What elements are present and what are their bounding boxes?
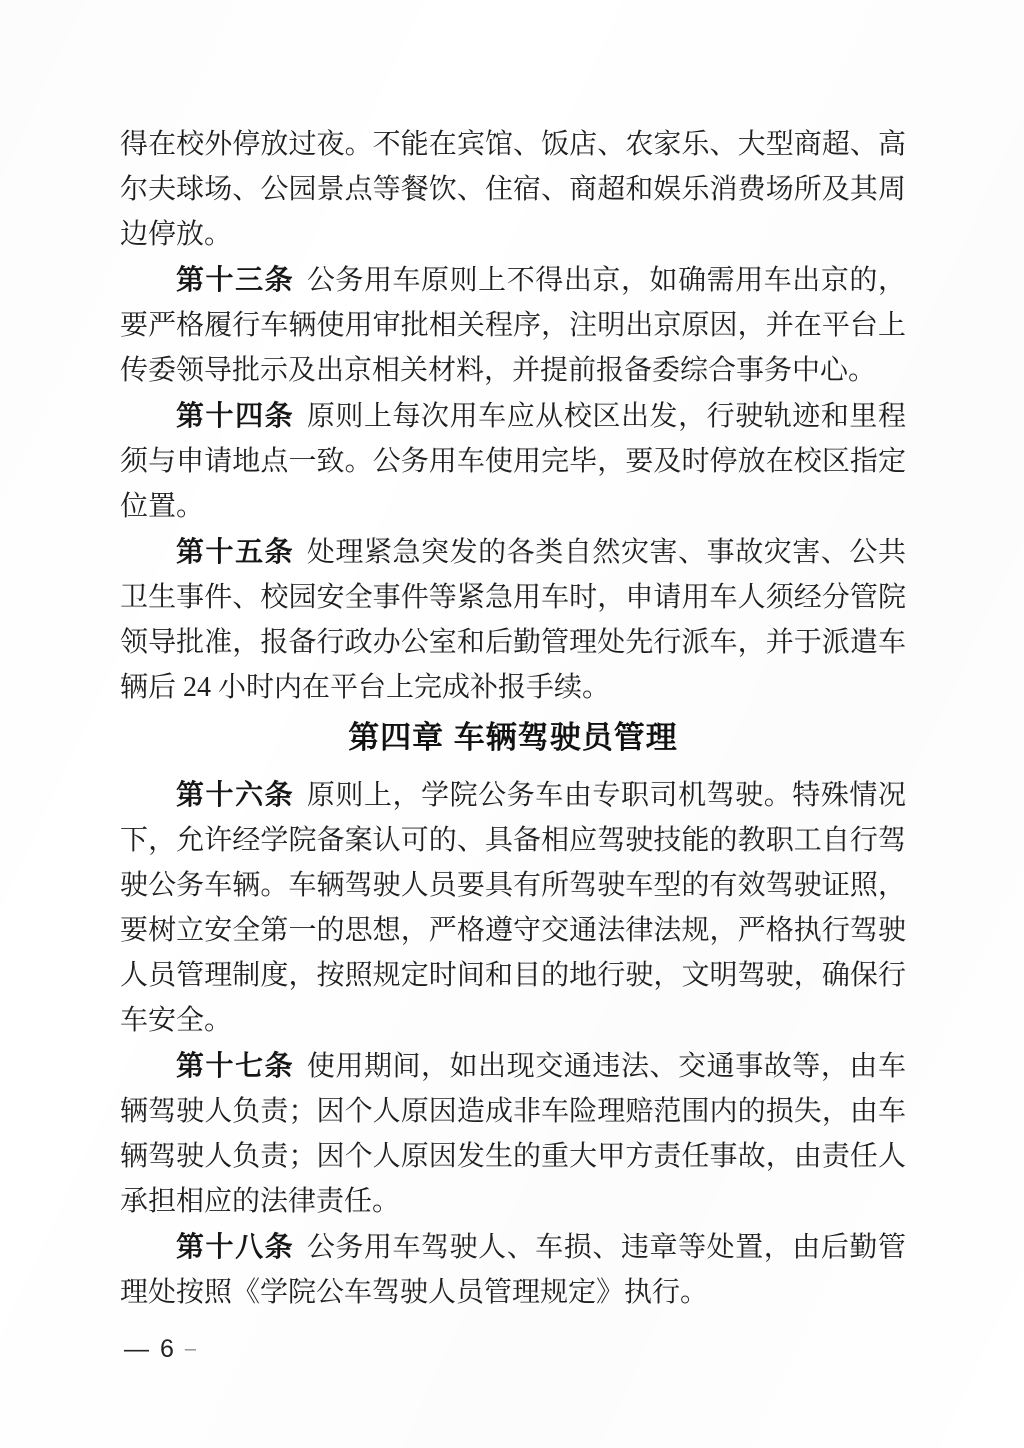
article-paragraph: 第十六条原则上，学院公务车由专职司机驾驶。特殊情况下，允许经学院备案认可的、具备… xyxy=(120,772,906,1043)
article-number: 第十五条 xyxy=(176,536,294,567)
continued-paragraph: 得在校外停放过夜。不能在宾馆、饭店、农家乐、大型商超、高尔夫球场、公园景点等餐饮… xyxy=(120,122,906,257)
document-body: 得在校外停放过夜。不能在宾馆、饭店、农家乐、大型商超、高尔夫球场、公园景点等餐饮… xyxy=(120,122,906,1315)
article-paragraph: 第十八条公务用车驾驶人、车损、违章等处置，由后勤管理处按照《学院公车驾驶人员管理… xyxy=(120,1224,906,1315)
page-number-right-dash: – xyxy=(185,1338,196,1360)
article-paragraph: 第十三条公务用车原则上不得出京，如确需用车出京的，要严格履行车辆使用审批相关程序… xyxy=(120,257,906,393)
article-number: 第十四条 xyxy=(176,400,294,431)
chapter-heading: 第四章 车辆驾驶员管理 xyxy=(120,714,906,762)
article-paragraph: 第十四条原则上每次用车应从校区出发，行驶轨迹和里程须与申请地点一致。公务用车使用… xyxy=(120,393,906,529)
article-paragraph: 第十七条使用期间，如出现交通违法、交通事故等，由车辆驾驶人负责；因个人原因造成非… xyxy=(120,1043,906,1224)
page-number-value: 6 xyxy=(160,1335,176,1363)
page-number-left-dash: — xyxy=(124,1335,151,1363)
article-number: 第十六条 xyxy=(176,779,294,810)
article-number: 第十三条 xyxy=(176,264,294,295)
article-number: 第十七条 xyxy=(176,1050,294,1081)
page-number: — 6 – xyxy=(124,1334,196,1364)
document-page: 得在校外停放过夜。不能在宾馆、饭店、农家乐、大型商超、高尔夫球场、公园景点等餐饮… xyxy=(0,0,1024,1448)
article-paragraph: 第十五条处理紧急突发的各类自然灾害、事故灾害、公共卫生事件、校园安全事件等紧急用… xyxy=(120,529,906,710)
article-number: 第十八条 xyxy=(176,1231,294,1262)
